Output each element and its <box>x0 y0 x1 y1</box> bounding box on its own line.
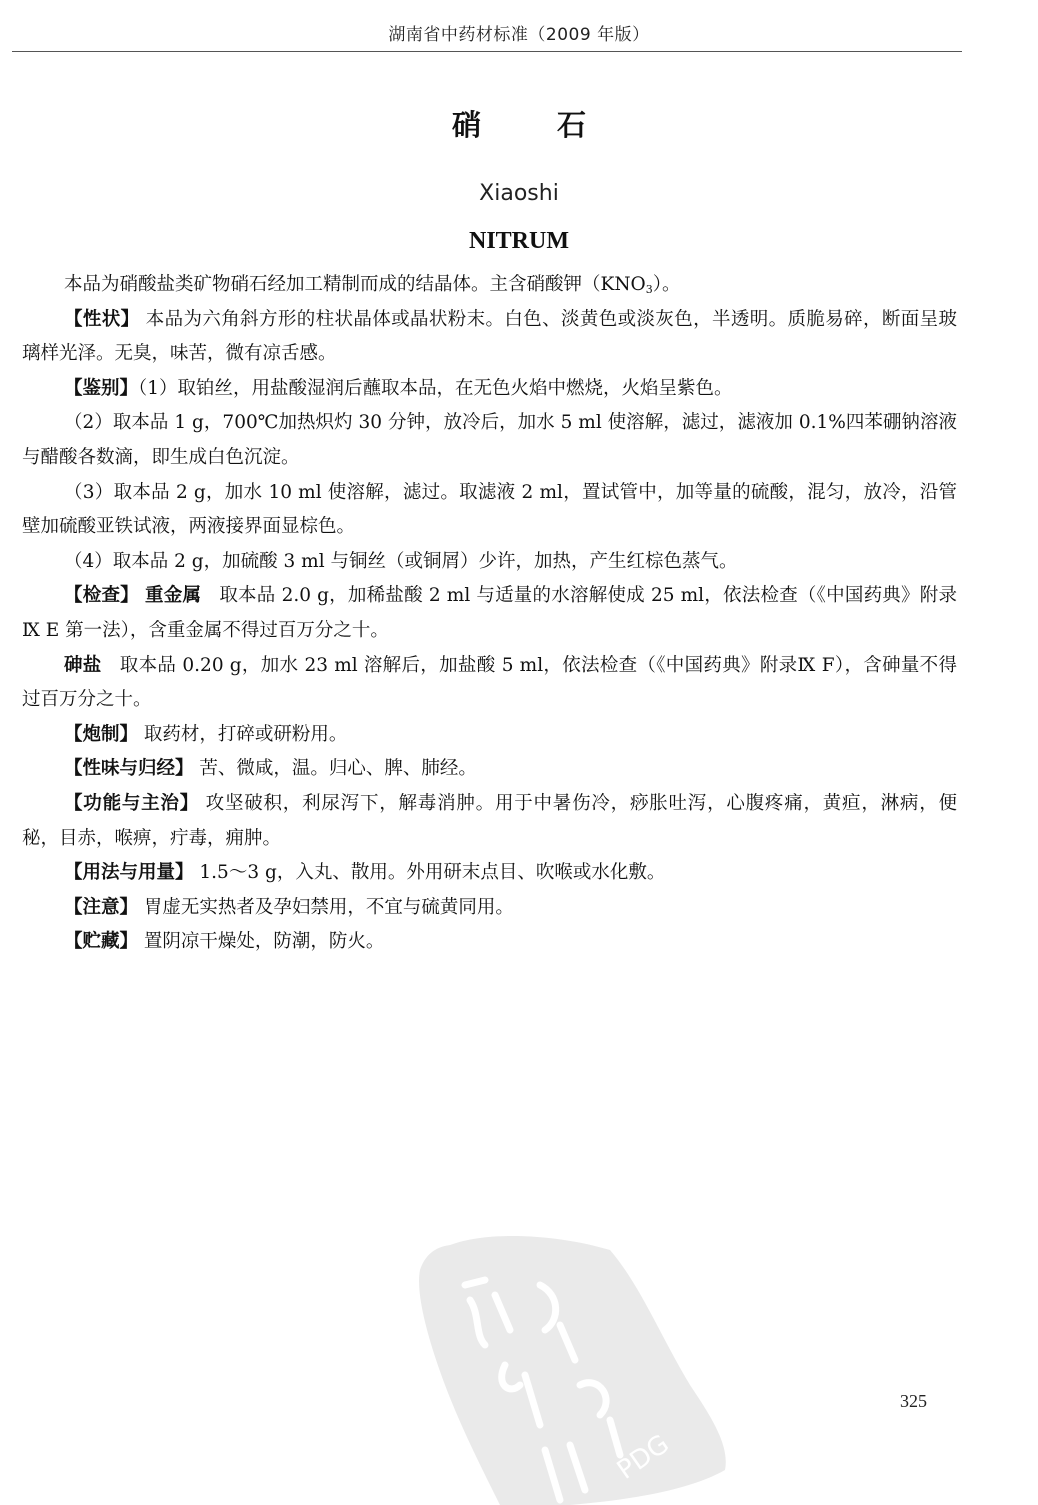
title-char-2: 石 <box>557 103 586 144</box>
title-char-1: 硝 <box>452 103 481 144</box>
section-label-inspection: 【检查】 <box>64 585 139 606</box>
identification-item-3: （3）取本品 2 g，加水 10 ml 使溶解，滤过。取滤液 2 ml，置试管中… <box>22 476 957 545</box>
formula-subscript: 3 <box>646 283 653 296</box>
section-label-property-meridian: 【性味与归经】 <box>64 758 194 779</box>
identification-text-2: （2）取本品 1 g，700℃加热炽灼 30 分钟，放冷后，加水 5 ml 使溶… <box>22 412 957 468</box>
identification-text-1: （1）取铂丝，用盐酸湿润后蘸取本品，在无色火焰中燃烧，火焰呈紫色。 <box>138 378 733 399</box>
property-meridian-text: 苦、微咸，温。归心、脾、肺经。 <box>199 758 477 779</box>
section-label-dosage: 【用法与用量】 <box>64 862 194 883</box>
sublabel-arsenic: 砷盐 <box>64 655 102 676</box>
identification-item-4: （4）取本品 2 g，加硫酸 3 ml 与铜丝（或铜屑）少许，加热，产生红棕色蒸… <box>22 545 957 580</box>
intro-text-end: ）。 <box>653 274 681 295</box>
section-label-description: 【性状】 <box>64 309 140 330</box>
section-label-functions: 【功能与主治】 <box>64 793 199 814</box>
identification-item-1: 【鉴别】（1）取铂丝，用盐酸湿润后蘸取本品，在无色火焰中燃烧，火焰呈紫色。 <box>22 372 957 407</box>
storage-section: 【贮藏】 置阴凉干燥处，防潮，防火。 <box>22 925 957 960</box>
identification-text-4: （4）取本品 2 g，加硫酸 3 ml 与铜丝（或铜屑）少许，加热，产生红棕色蒸… <box>64 551 738 572</box>
section-label-identification: 【鉴别】 <box>64 378 138 399</box>
intro-paragraph: 本品为硝酸盐类矿物硝石经加工精制而成的结晶体。主含硝酸钾（KNO3）。 <box>22 268 957 303</box>
intro-text: 本品为硝酸盐类矿物硝石经加工精制而成的结晶体。主含硝酸钾（KNO <box>64 274 646 295</box>
inspection-arsenic: 砷盐 取本品 0.20 g，加水 23 ml 溶解后，加盐酸 5 ml，依法检查… <box>22 649 957 718</box>
identification-item-2: （2）取本品 1 g，700℃加热炽灼 30 分钟，放冷后，加水 5 ml 使溶… <box>22 406 957 475</box>
description-section: 【性状】 本品为六角斜方形的柱状晶体或晶状粉末。白色、淡黄色或淡灰色，半透明。质… <box>22 303 957 372</box>
header-rule <box>12 51 962 52</box>
functions-section: 【功能与主治】 攻坚破积，利尿泻下，解毒消肿。用于中暑伤冷，痧胀吐泻，心腹疼痛，… <box>22 787 957 856</box>
monograph-title-chinese: 硝石 <box>0 103 1038 144</box>
description-text: 本品为六角斜方形的柱状晶体或晶状粉末。白色、淡黄色或淡灰色，半透明。质脆易碎，断… <box>22 309 957 365</box>
precautions-text: 胃虚无实热者及孕妇禁用，不宜与硫黄同用。 <box>144 897 514 918</box>
page-number: 325 <box>900 1391 927 1412</box>
section-label-precautions: 【注意】 <box>64 897 138 918</box>
precautions-section: 【注意】 胃虚无实热者及孕妇禁用，不宜与硫黄同用。 <box>22 891 957 926</box>
seal-watermark-icon: PDG <box>410 1225 730 1505</box>
monograph-body: 本品为硝酸盐类矿物硝石经加工精制而成的结晶体。主含硝酸钾（KNO3）。 【性状】… <box>22 268 957 960</box>
dosage-section: 【用法与用量】 1.5～3 g，入丸、散用。外用研末点目、吹喉或水化敷。 <box>22 856 957 891</box>
dosage-text: 1.5～3 g，入丸、散用。外用研末点目、吹喉或水化敷。 <box>199 862 665 883</box>
inspection-heavy-metals: 【检查】 重金属 取本品 2.0 g，加稀盐酸 2 ml 与适量的水溶解使成 2… <box>22 579 957 648</box>
identification-text-3: （3）取本品 2 g，加水 10 ml 使溶解，滤过。取滤液 2 ml，置试管中… <box>22 482 957 538</box>
processing-text: 取药材，打碎或研粉用。 <box>144 724 348 745</box>
processing-section: 【炮制】 取药材，打碎或研粉用。 <box>22 718 957 753</box>
sublabel-heavy-metals: 重金属 <box>145 585 201 606</box>
arsenic-text: 取本品 0.20 g，加水 23 ml 溶解后，加盐酸 5 ml，依法检查（《中… <box>22 655 957 711</box>
storage-text: 置阴凉干燥处，防潮，防火。 <box>144 931 385 952</box>
property-meridian-section: 【性味与归经】 苦、微咸，温。归心、脾、肺经。 <box>22 752 957 787</box>
section-label-storage: 【贮藏】 <box>64 931 138 952</box>
section-label-processing: 【炮制】 <box>64 724 138 745</box>
monograph-title-latin: NITRUM <box>0 228 1038 255</box>
monograph-title-pinyin: Xiaoshi <box>0 181 1038 206</box>
running-header: 湖南省中药材标准（2009 年版） <box>0 20 1038 45</box>
